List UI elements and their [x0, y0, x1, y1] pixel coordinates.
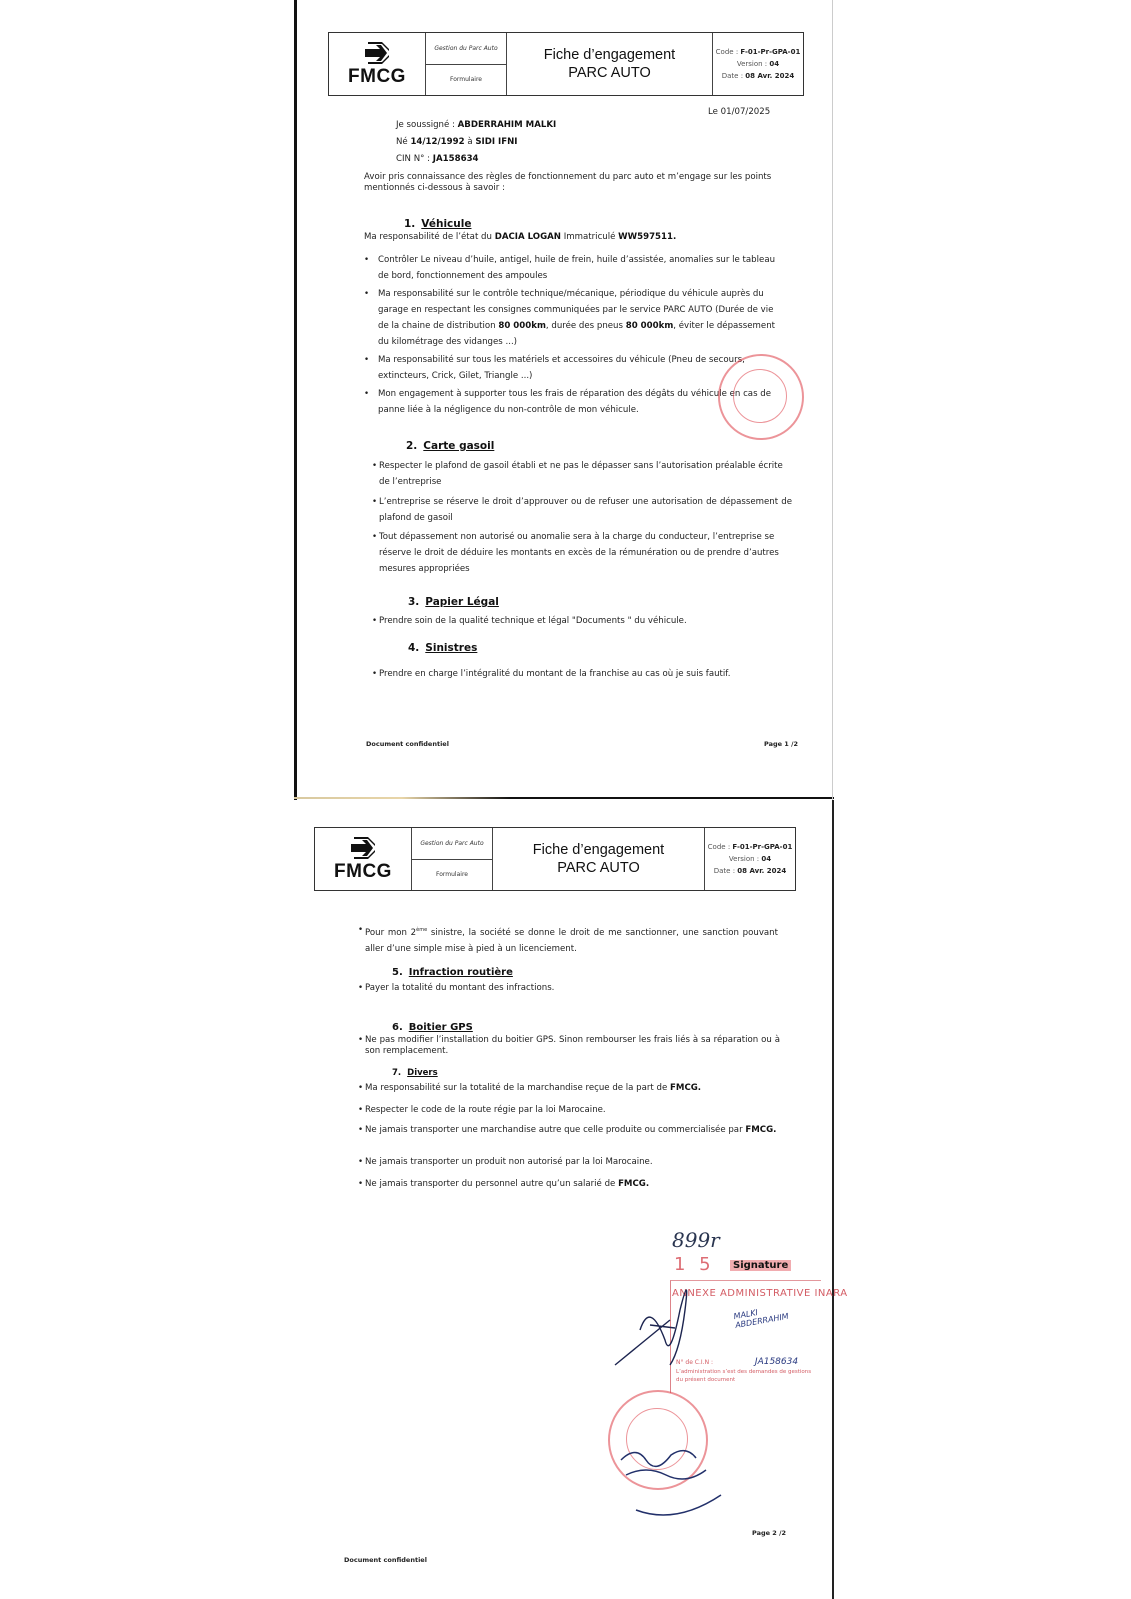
section-6-heading: 6.Boitier GPS [392, 1022, 473, 1033]
section-7-bullet-4: •Ne jamais transporter un produit non au… [358, 1154, 778, 1170]
page1-footer-left: Document confidentiel [366, 740, 449, 748]
section-5-heading: 5.Infraction routière [392, 967, 513, 978]
section-7-bullet-5: •Ne jamais transporter du personnel autr… [358, 1176, 778, 1192]
section-2-heading: 2.Carte gasoil [406, 440, 494, 452]
section-4-heading: 4.Sinistres [408, 642, 477, 654]
section-7-bullet-3: •Ne jamais transporter une marchandise a… [358, 1124, 778, 1136]
doctype-label: Formulaire [412, 859, 492, 891]
ne-label: Né [396, 137, 408, 147]
birth-line: Né 14/12/1992 à SIDI IFNI [396, 135, 518, 150]
birth-date: 14/12/1992 [410, 137, 464, 147]
version-value: 04 [769, 60, 779, 68]
page2-footer-left: Document confidentiel [344, 1556, 427, 1564]
section-1-bullet-2: •Ma responsabilité sur le contrôle techn… [364, 286, 784, 350]
handwritten-note: 899r [672, 1228, 720, 1252]
brand-name: FMCG [334, 861, 392, 883]
page1-left-edge [294, 0, 297, 800]
section-2-bullet-1: •Respecter le plafond de gasoil établi e… [372, 458, 792, 490]
fmcg-logo-p2: FMCG [315, 828, 412, 890]
doctype-label: Formulaire [426, 64, 506, 96]
page1-header: FMCG Gestion du Parc Auto Formulaire Fic… [328, 32, 804, 96]
department-label: Gestion du Parc Auto [412, 828, 492, 859]
form-meta: Code : F-01-Pr-GPA-01 Version : 04 Date … [713, 33, 803, 95]
header-mid: Gestion du Parc Auto Formulaire [426, 33, 507, 95]
sinistre-continued-bullet: •Pour mon 2ème sinistre, la société se d… [358, 922, 778, 957]
form-title: Fiche d’engagement PARC AUTO [493, 828, 705, 890]
document-date: Le 01/07/2025 [708, 105, 770, 120]
form-title: Fiche d’engagement PARC AUTO [507, 33, 713, 95]
page1-footer-right: Page 1 /2 [764, 740, 798, 748]
section-7-bullet-2: •Respecter le code de la route régie par… [358, 1102, 778, 1118]
title-line-1: Fiche d’engagement [533, 841, 664, 859]
soussigne-label: Je soussigné : [396, 120, 455, 130]
section-2-bullet-2: •L’entreprise se réserve le droit d’appr… [372, 494, 792, 526]
section-1-heading: 1.Véhicule [404, 218, 471, 230]
section-4-bullet-1: •Prendre en charge l’intégralité du mont… [372, 666, 792, 682]
title-line-2: PARC AUTO [568, 64, 650, 82]
department-label: Gestion du Parc Auto [426, 33, 506, 64]
page2-footer-right: Page 2 /2 [752, 1529, 786, 1537]
code-label: Code : [716, 48, 739, 56]
section-1-bullet-1: •Contrôler Le niveau d’huile, antigel, h… [364, 252, 784, 284]
date-label: Date : [722, 72, 743, 80]
signature-label: Signature [730, 1260, 791, 1271]
page1-right-edge [832, 0, 833, 800]
signature-scribble [610, 1270, 710, 1370]
page2-right-edge [832, 800, 834, 1599]
page2-header: FMCG Gestion du Parc Auto Formulaire Fic… [314, 827, 796, 891]
date-value: 08 Avr. 2024 [745, 72, 794, 80]
cin-line: CIN N° : JA158634 [396, 152, 479, 167]
fmcg-arrow-icon [348, 836, 378, 858]
version-label: Version : [737, 60, 767, 68]
page1-bottom-edge [294, 797, 834, 799]
section-2-bullet-3: •Tout dépassement non autorisé ou anomal… [372, 529, 792, 577]
section-5-bullet-1: •Payer la totalité du montant des infrac… [358, 980, 778, 996]
intro-paragraph: Avoir pris connaissance des règles de fo… [364, 172, 784, 194]
code-value: F-01-Pr-GPA-01 [740, 48, 800, 56]
title-line-1: Fiche d’engagement [544, 46, 675, 64]
cin-label: CIN N° : [396, 154, 430, 164]
soussigne-line: Je soussigné : ABDERRAHIM MALKI [396, 118, 556, 133]
title-line-2: PARC AUTO [557, 859, 639, 877]
form-meta: Code : F-01-Pr-GPA-01 Version : 04 Date … [705, 828, 795, 890]
section-6-bullet-1: •Ne pas modifier l’installation du boiti… [358, 1035, 780, 1057]
brand-name: FMCG [348, 66, 406, 88]
birth-place: SIDI IFNI [475, 137, 517, 147]
section-3-heading: 3.Papier Légal [408, 596, 499, 608]
employee-name: ABDERRAHIM MALKI [458, 120, 557, 130]
section-7-heading: 7.Divers [392, 1068, 438, 1078]
section-1-lead: Ma responsabilité de l’état du DACIA LOG… [364, 230, 676, 245]
fmcg-logo: FMCG [329, 33, 426, 95]
a-label: à [467, 137, 472, 147]
cin-value: JA158634 [433, 154, 479, 164]
company-stamp-page1-inner [733, 369, 787, 423]
header-mid: Gestion du Parc Auto Formulaire [412, 828, 493, 890]
section-3-bullet-1: •Prendre soin de la qualité technique et… [372, 613, 792, 629]
fmcg-arrow-icon [362, 41, 392, 63]
arabic-signature [616, 1440, 726, 1520]
section-7-bullet-1: •Ma responsabilité sur la totalité de la… [358, 1080, 778, 1096]
